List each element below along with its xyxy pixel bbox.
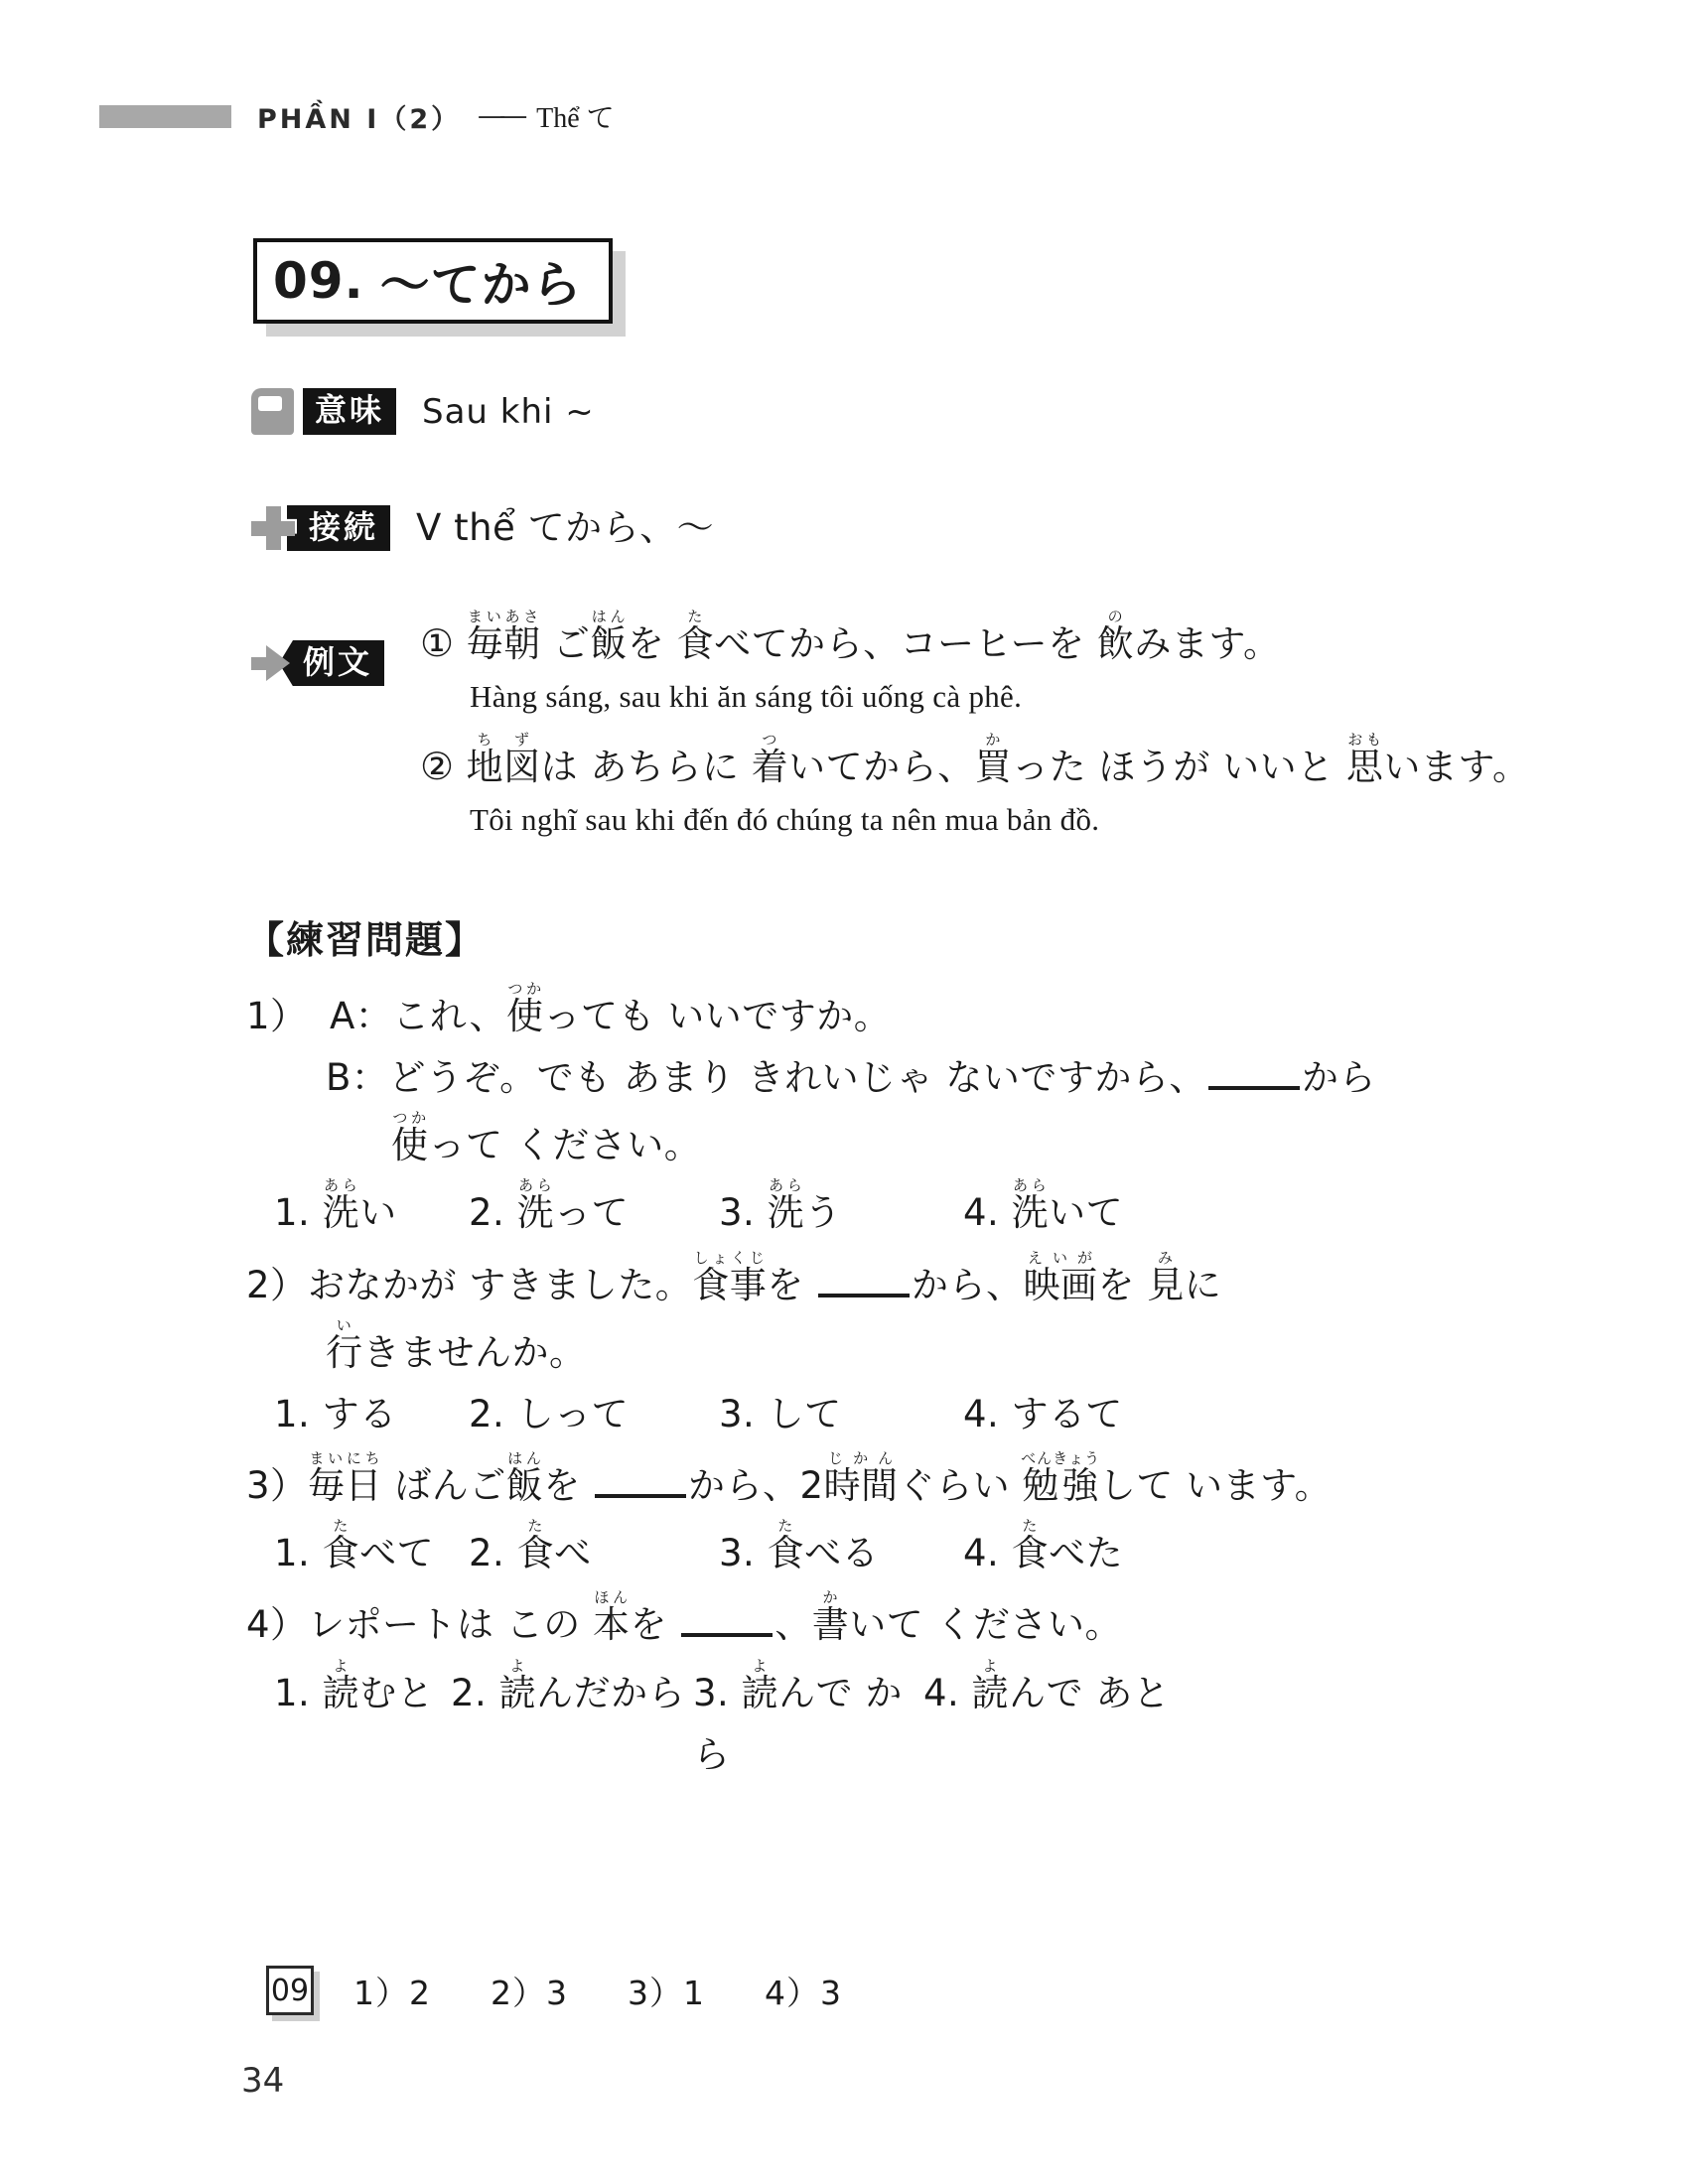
circled-number: ① [420,613,455,676]
example-vietnamese-translation: Hàng sáng, sau khi ăn sáng tôi uống cà p… [470,678,1529,715]
answer-key: 09 1）2 2）3 3）1 4）3 [266,1966,842,2015]
question-1: 1） A：これ、使つかっても いいですか。 B：どうぞ。でも あまり きれいじゃ… [246,980,1517,1245]
example-sentence: ② 地図ちずは あちらに 着ついてから、買かった ほうが いいと 思おもいます。 [420,731,1529,799]
option-4: 4. するて [963,1384,1517,1445]
option-3: 3. 食たべる [719,1517,963,1584]
question-3: 3） 毎日まいにち ばんご飯はんを から、2時間じかんぐらい 勉強べんきょうして… [246,1449,1517,1584]
meaning-text: Sau khi ~ [422,392,595,432]
question-text: 使つかって ください。 [391,1109,701,1176]
lesson-number: 09. [273,252,364,310]
option-4: 4. 食たべた [963,1517,1517,1584]
answer-item-4: 4）3 [765,1968,842,2014]
question-text: 毎日まいにち ばんご飯はんを から、2時間じかんぐらい 勉強べんきょうして いま… [308,1449,1332,1517]
example-japanese-text: 毎朝まいあさ ご飯はんを 食たべてから、コーヒーを 飲のみます。 [467,608,1281,675]
practice-heading: 【練習問題】 [246,909,1517,964]
option-1: 1. 読よむと [274,1657,451,1786]
examples-section: 例文 ① 毎朝まいあさ ご飯はんを 食たべてから、コーヒーを 飲のみます。 Hà… [251,608,1572,854]
plus-icon [251,506,295,550]
connection-tag: 接続 [287,505,390,551]
connection-row: 接続 V thể てから、〜 [251,497,714,559]
option-3: 3. して [719,1384,963,1445]
fill-in-blank [1208,1059,1300,1090]
examples-tag: 例文 [279,640,384,686]
option-2: 2. しって [469,1384,719,1445]
answer-item-1: 1）2 [353,1968,431,2014]
answer-key-lesson-box: 09 [266,1966,314,2015]
header-section-label: Thể て [536,96,615,136]
connection-text: V thể てから、〜 [416,497,714,559]
option-3: 3. 読よんで から [693,1657,923,1786]
question-number: 1） [246,986,330,1047]
textbook-page: PHẦN Ⅰ（2） ―― Thể て 09. 〜てから 意味 Sau khi ~… [0,0,1688,2184]
example-sentence: ① 毎朝まいあさ ご飯はんを 食たべてから、コーヒーを 飲のみます。 [420,608,1529,676]
option-3: 3. 洗あらう [719,1176,963,1244]
question-2: 2） おなかが すきました。食事しょくじを から、映画えいがを 見みに 行いきま… [246,1249,1517,1445]
fill-in-blank [595,1467,686,1498]
options-row: 1. 食たべて 2. 食たべ 3. 食たべる 4. 食たべた [274,1517,1517,1584]
arrow-icon [251,645,291,681]
page-number: 34 [241,2061,284,2101]
question-number: 4） [246,1594,308,1656]
circled-number: ② [420,736,455,799]
question-text: 行いきませんか。 [326,1316,587,1384]
question-4: 4） レポートは この 本ほんを 、書かいて ください。 1. 読よむと 2. … [246,1588,1517,1785]
option-1: 1. する [274,1384,469,1445]
option-4: 4. 読よんで あと [923,1657,1517,1786]
meaning-tag: 意味 [303,388,396,434]
fill-in-blank [681,1606,773,1637]
option-2: 2. 読よんだから [451,1657,693,1786]
header-part-label: PHẦN Ⅰ（2） [257,97,461,136]
option-1: 1. 食たべて [274,1517,469,1584]
examples-tag-group: 例文 [251,640,384,686]
question-number: 3） [246,1455,308,1517]
practice-section: 【練習問題】 1） A：これ、使つかっても いいですか。 B：どうぞ。でも あま… [246,909,1517,1790]
meaning-row: 意味 Sau khi ~ [251,388,595,435]
question-text: A：これ、使つかっても いいですか。 [330,980,891,1047]
running-header: PHẦN Ⅰ（2） ―― Thể て [99,96,615,136]
example-japanese-text: 地図ちずは あちらに 着ついてから、買かった ほうが いいと 思おもいます。 [467,731,1530,798]
options-row: 1. 洗あらい 2. 洗あらって 3. 洗あらう 4. 洗あらいて [274,1176,1517,1244]
fill-in-blank [818,1266,910,1297]
answer-item-2: 2）3 [491,1968,568,2014]
example-vietnamese-translation: Tôi nghĩ sau khi đến đó chúng ta nên mua… [470,801,1529,838]
options-row: 1. する 2. しって 3. して 4. するて [274,1384,1517,1445]
option-2: 2. 食たべ [469,1517,719,1584]
lesson-title-box: 09. 〜てから [253,238,613,324]
question-text: レポートは この 本ほんを 、書かいて ください。 [308,1588,1122,1656]
header-gray-bar [99,105,231,128]
answer-item-3: 3）1 [628,1968,705,2014]
option-1: 1. 洗あらい [274,1176,469,1244]
book-icon [251,388,294,435]
question-number: 2） [246,1255,308,1316]
option-2: 2. 洗あらって [469,1176,719,1244]
header-divider-dash: ―― [479,101,522,131]
question-text: おなかが すきました。食事しょくじを から、映画えいがを 見みに [308,1249,1221,1316]
option-4: 4. 洗あらいて [963,1176,1517,1244]
question-text: B：どうぞ。でも あまり きれいじゃ ないですから、から [326,1047,1376,1109]
grammar-pattern-title: 〜てから [380,245,583,317]
options-row: 1. 読よむと 2. 読よんだから 3. 読よんで から 4. 読よんで あと [274,1657,1517,1786]
